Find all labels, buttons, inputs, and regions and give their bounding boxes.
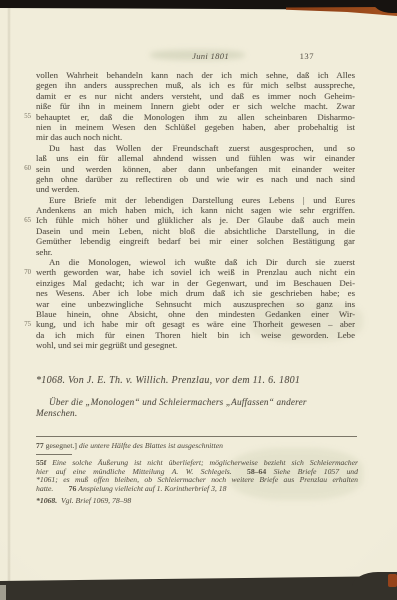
running-title: Juni 1801 <box>12 51 397 61</box>
text-segment: Vgl. Brief 1069, 78–98 <box>57 497 131 505</box>
margin-line-number: 65 <box>17 216 31 226</box>
body-line: gehn ohne darüber zu reflectiren ob und … <box>36 174 355 184</box>
body-line: wohl, und sei mir gegrüßt und gesegnet. <box>36 340 355 350</box>
commentary-line: hier auf eine mündliche Mitteilung A. W.… <box>36 468 358 477</box>
body-line: behauptet er, daß die Monologen ihm zu a… <box>36 112 355 122</box>
body-line: und werden. <box>36 184 355 194</box>
text-segment: 55f <box>36 459 52 467</box>
letter-regest: Über die „Monologen“ und Schleiermachers… <box>36 397 358 419</box>
commentary-line: *1068. Vgl. Brief 1069, 78–98 <box>36 497 358 506</box>
letter-body: vollen Wahrheit behandeln kann nach der … <box>36 70 355 351</box>
margin-line-number: 60 <box>17 164 31 174</box>
scan-notch-bottom-left <box>0 585 6 600</box>
body-line: einziges Mal gedacht; ich war in der Geg… <box>36 278 355 288</box>
commentary-line: 55f Eine solche Äußerung ist nicht überl… <box>36 459 358 468</box>
body-line: gegen ihn anders aussprechen muß, als ic… <box>36 80 355 90</box>
text-segment: hatte. <box>36 485 69 493</box>
text-segment: 77 <box>36 441 46 450</box>
text-segment: *1068. <box>36 497 57 505</box>
text-segment: Siehe Briefe 1057 und <box>274 468 358 476</box>
scan-edge-bottom <box>0 576 397 600</box>
body-line: Blaue hinein, ohne Absicht, ohne den min… <box>36 309 355 319</box>
body-line: laß uns ein für allemal ahndend wissen u… <box>36 153 355 163</box>
body-line: Dasein und mein Leben, nicht bloß die ab… <box>36 226 355 236</box>
margin-line-number: 75 <box>17 320 31 330</box>
body-line: werth geworden war, habe ich soviel ich … <box>36 267 355 277</box>
book-cover-edge-bottom <box>388 574 397 587</box>
body-line: Gemüther lebendig eingreift bedarf bei m… <box>36 236 355 246</box>
text-segment: *1061; es muß offen bleiben, ob Schleier… <box>36 476 358 484</box>
letter-heading: *1068. Von J. E. Th. v. Willich. Prenzla… <box>36 375 358 386</box>
body-line: niße für ihn in meinem Innern giebt oder… <box>36 101 355 111</box>
body-line: Eure Briefe mit der lebendigen Darstellu… <box>36 195 355 205</box>
page-number: 137 <box>294 51 314 61</box>
commentary-separator-rule <box>36 454 72 455</box>
commentary-line: hatte. 76 Anspielung vielleicht auf 1. K… <box>36 485 358 494</box>
margin-line-number: 70 <box>17 268 31 278</box>
body-line: An die Monologen, wiewol ich wußte daß i… <box>36 257 355 267</box>
body-line: nes Wesens. Aber ich lobe mich drum daß … <box>36 288 355 298</box>
text-segment: 58–64 <box>247 468 274 476</box>
commentary-line: *1061; es muß offen bleiben, ob Schleier… <box>36 476 358 485</box>
body-line: kung, und ich habe mir oft gesagt es wär… <box>36 319 355 329</box>
body-line: vollen Wahrheit behandeln kann nach der … <box>36 70 355 80</box>
body-line: Ich fühle mich höher und glüklicher als … <box>36 215 355 225</box>
text-segment: gesegnet.] <box>46 441 79 450</box>
regest-line: Menschen. <box>36 408 358 419</box>
body-line: Andenkens an mich haben mich, ich kann n… <box>36 205 355 215</box>
body-line: Du hast das Wollen der Freundschaft zuer… <box>36 143 355 153</box>
text-segment: Anspielung vielleicht auf 1. Korintherbr… <box>78 485 226 493</box>
body-line: mir das auch noch nicht. <box>36 132 355 142</box>
text-segment: hier auf eine mündliche Mitteilung A. W.… <box>36 468 247 476</box>
apparatus-separator-rule <box>36 436 357 437</box>
regest-line: Über die „Monologen“ und Schleiermachers… <box>36 397 358 408</box>
text-segment: 76 <box>69 485 79 493</box>
body-line: war eine unbezwingliche Sehnsucht mich a… <box>36 299 355 309</box>
margin-line-number: 55 <box>17 112 31 122</box>
body-line: da ich mich für einen Thoren hielt bin i… <box>36 330 355 340</box>
body-line: nien in meinem Wesen den Schlüßel gegebe… <box>36 122 355 132</box>
body-line: sehr. <box>36 247 355 257</box>
apparatus-line: 77 gesegnet.] die untere Hälfte des Blat… <box>36 441 358 450</box>
body-line: damit er es nur nicht anders versteht, u… <box>36 91 355 101</box>
body-line: sein und werden können, aber dann unbefa… <box>36 164 355 174</box>
text-segment: Eine solche Äußerung ist nicht überliefe… <box>52 459 358 467</box>
scanned-book-page: Juni 1801 137 vollen Wahrheit behandeln … <box>0 0 397 600</box>
commentary-block: 55f Eine solche Äußerung ist nicht überl… <box>36 459 358 505</box>
text-segment: die untere Hälfte des Blattes ist ausges… <box>79 441 223 450</box>
